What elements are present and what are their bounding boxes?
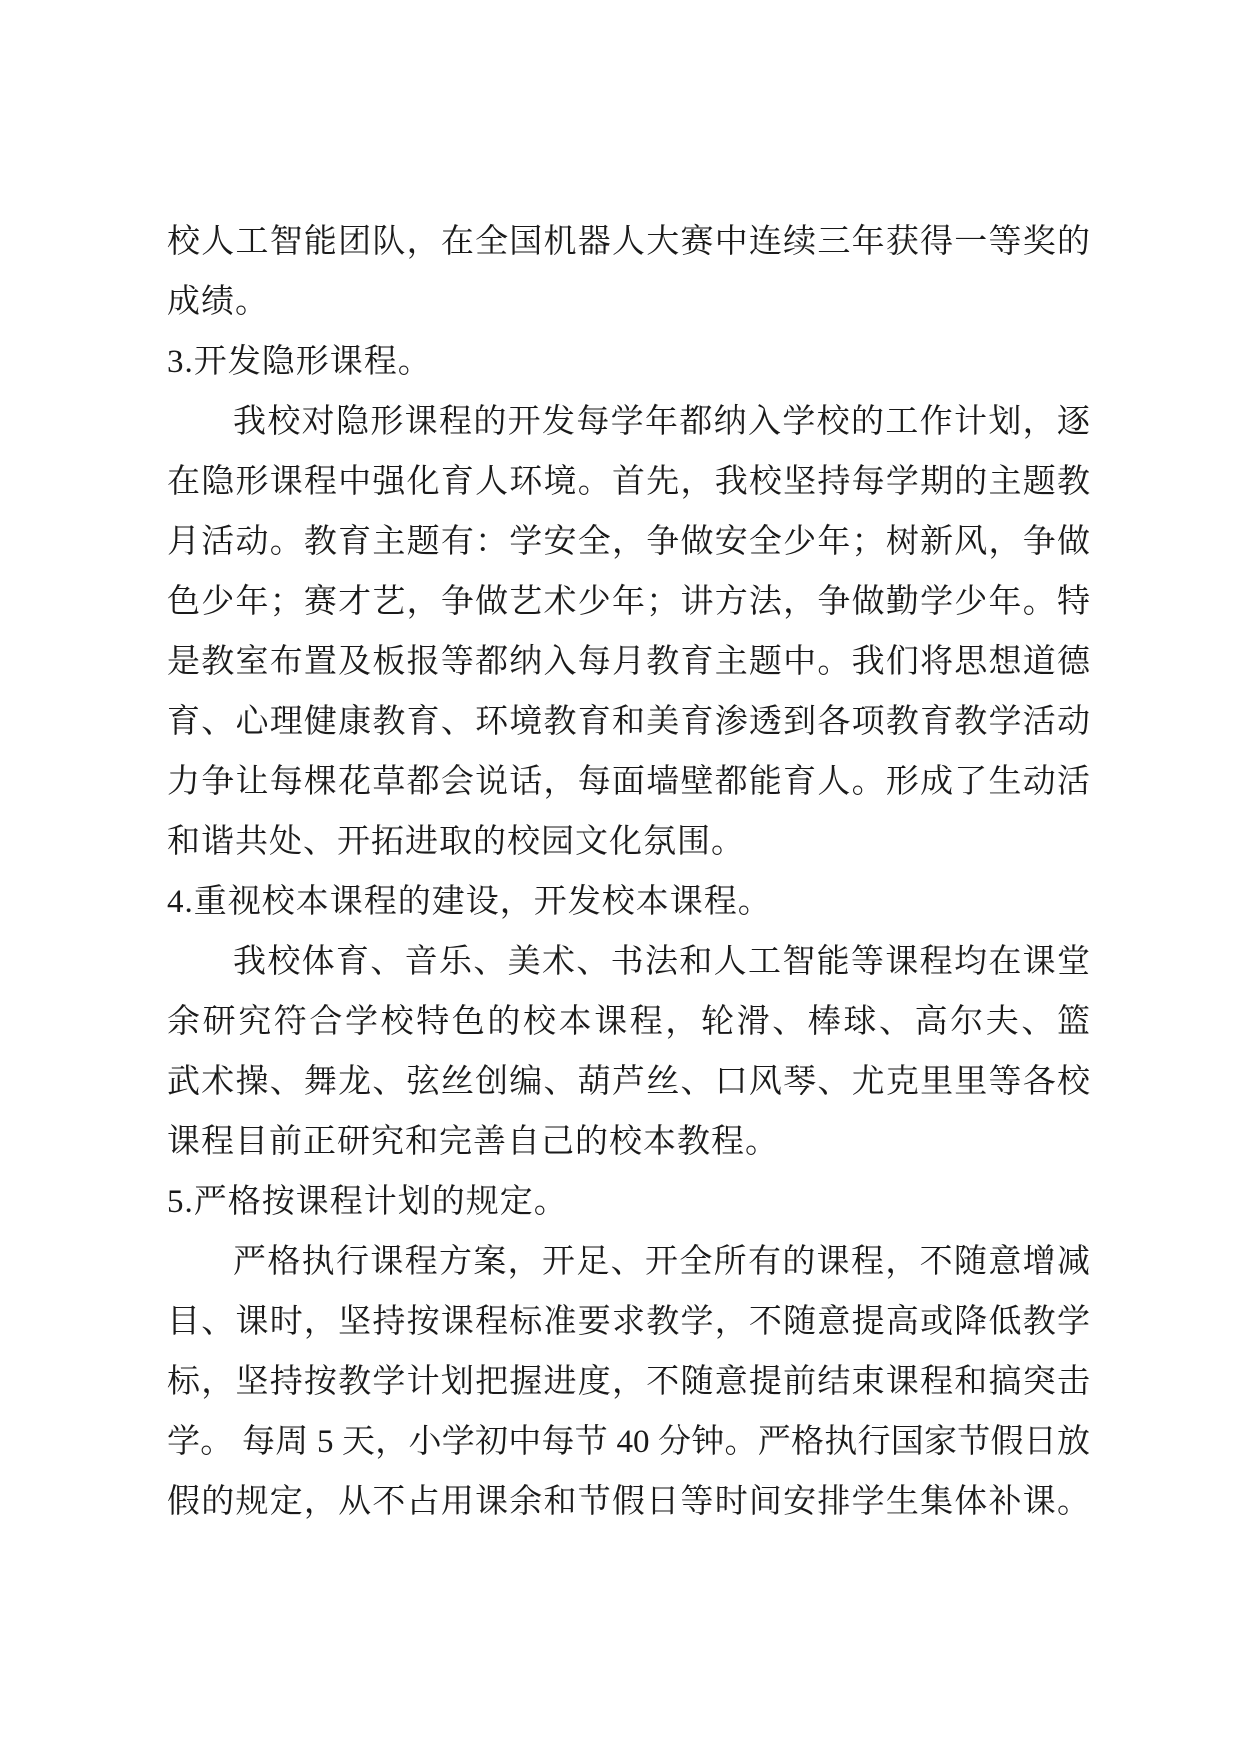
text-block: 校人工智能团队，在全国机器人大赛中连续三年获得一等奖的好 成绩。 3.开发隐形课… (167, 212, 1090, 1532)
section-heading-3: 3.开发隐形课程。 (167, 332, 1090, 392)
text-line: 余研究符合学校特色的校本课程，轮滑、棒球、高尔夫、篮球、 (167, 992, 1090, 1052)
document-page: 校人工智能团队，在全国机器人大赛中连续三年获得一等奖的好 成绩。 3.开发隐形课… (0, 0, 1241, 1754)
text-line: 在隐形课程中强化育人环境。首先，我校坚持每学期的主题教育 (167, 452, 1090, 512)
text-line: 校人工智能团队，在全国机器人大赛中连续三年获得一等奖的好 (167, 212, 1090, 272)
text-line: 武术操、舞龙、弦丝创编、葫芦丝、口风琴、尤克里里等各校本 (167, 1052, 1090, 1112)
text-line: 我校体育、音乐、美术、书法和人工智能等课程均在课堂之 (167, 932, 1090, 992)
text-line: 标，坚持按教学计划把握进度，不随意提前结束课程和搞突击教 (167, 1352, 1090, 1412)
text-line: 力争让每棵花草都会说话，每面墙壁都能育人。形成了生动活泼、 (167, 752, 1090, 812)
section-heading-4: 4.重视校本课程的建设，开发校本课程。 (167, 872, 1090, 932)
text-line: 假的规定，从不占用课余和节假日等时间安排学生集体补课。严 (167, 1472, 1090, 1532)
section-heading-5: 5.严格按课程计划的规定。 (167, 1172, 1090, 1232)
text-line: 目、课时，坚持按课程标准要求教学，不随意提高或降低教学目 (167, 1292, 1090, 1352)
text-line: 严格执行课程方案，开足、开全所有的课程，不随意增减科 (167, 1232, 1090, 1292)
text-line: 色少年；赛才艺，争做艺术少年；讲方法，争做勤学少年。特别 (167, 572, 1090, 632)
text-line: 是教室布置及板报等都纳入每月教育主题中。我们将思想道德教 (167, 632, 1090, 692)
text-line: 成绩。 (167, 272, 1090, 332)
text-line: 学。 每周 5 天，小学初中每节 40 分钟。严格执行国家节假日放 (167, 1412, 1090, 1472)
text-line: 我校对隐形课程的开发每学年都纳入学校的工作计划，逐步 (167, 392, 1090, 452)
text-line: 和谐共处、开拓进取的校园文化氛围。 (167, 812, 1090, 872)
text-line: 课程目前正研究和完善自己的校本教程。 (167, 1112, 1090, 1172)
text-line: 育、心理健康教育、环境教育和美育渗透到各项教育教学活动中， (167, 692, 1090, 752)
text-line: 月活动。教育主题有：学安全，争做安全少年；树新风，争做绿 (167, 512, 1090, 572)
